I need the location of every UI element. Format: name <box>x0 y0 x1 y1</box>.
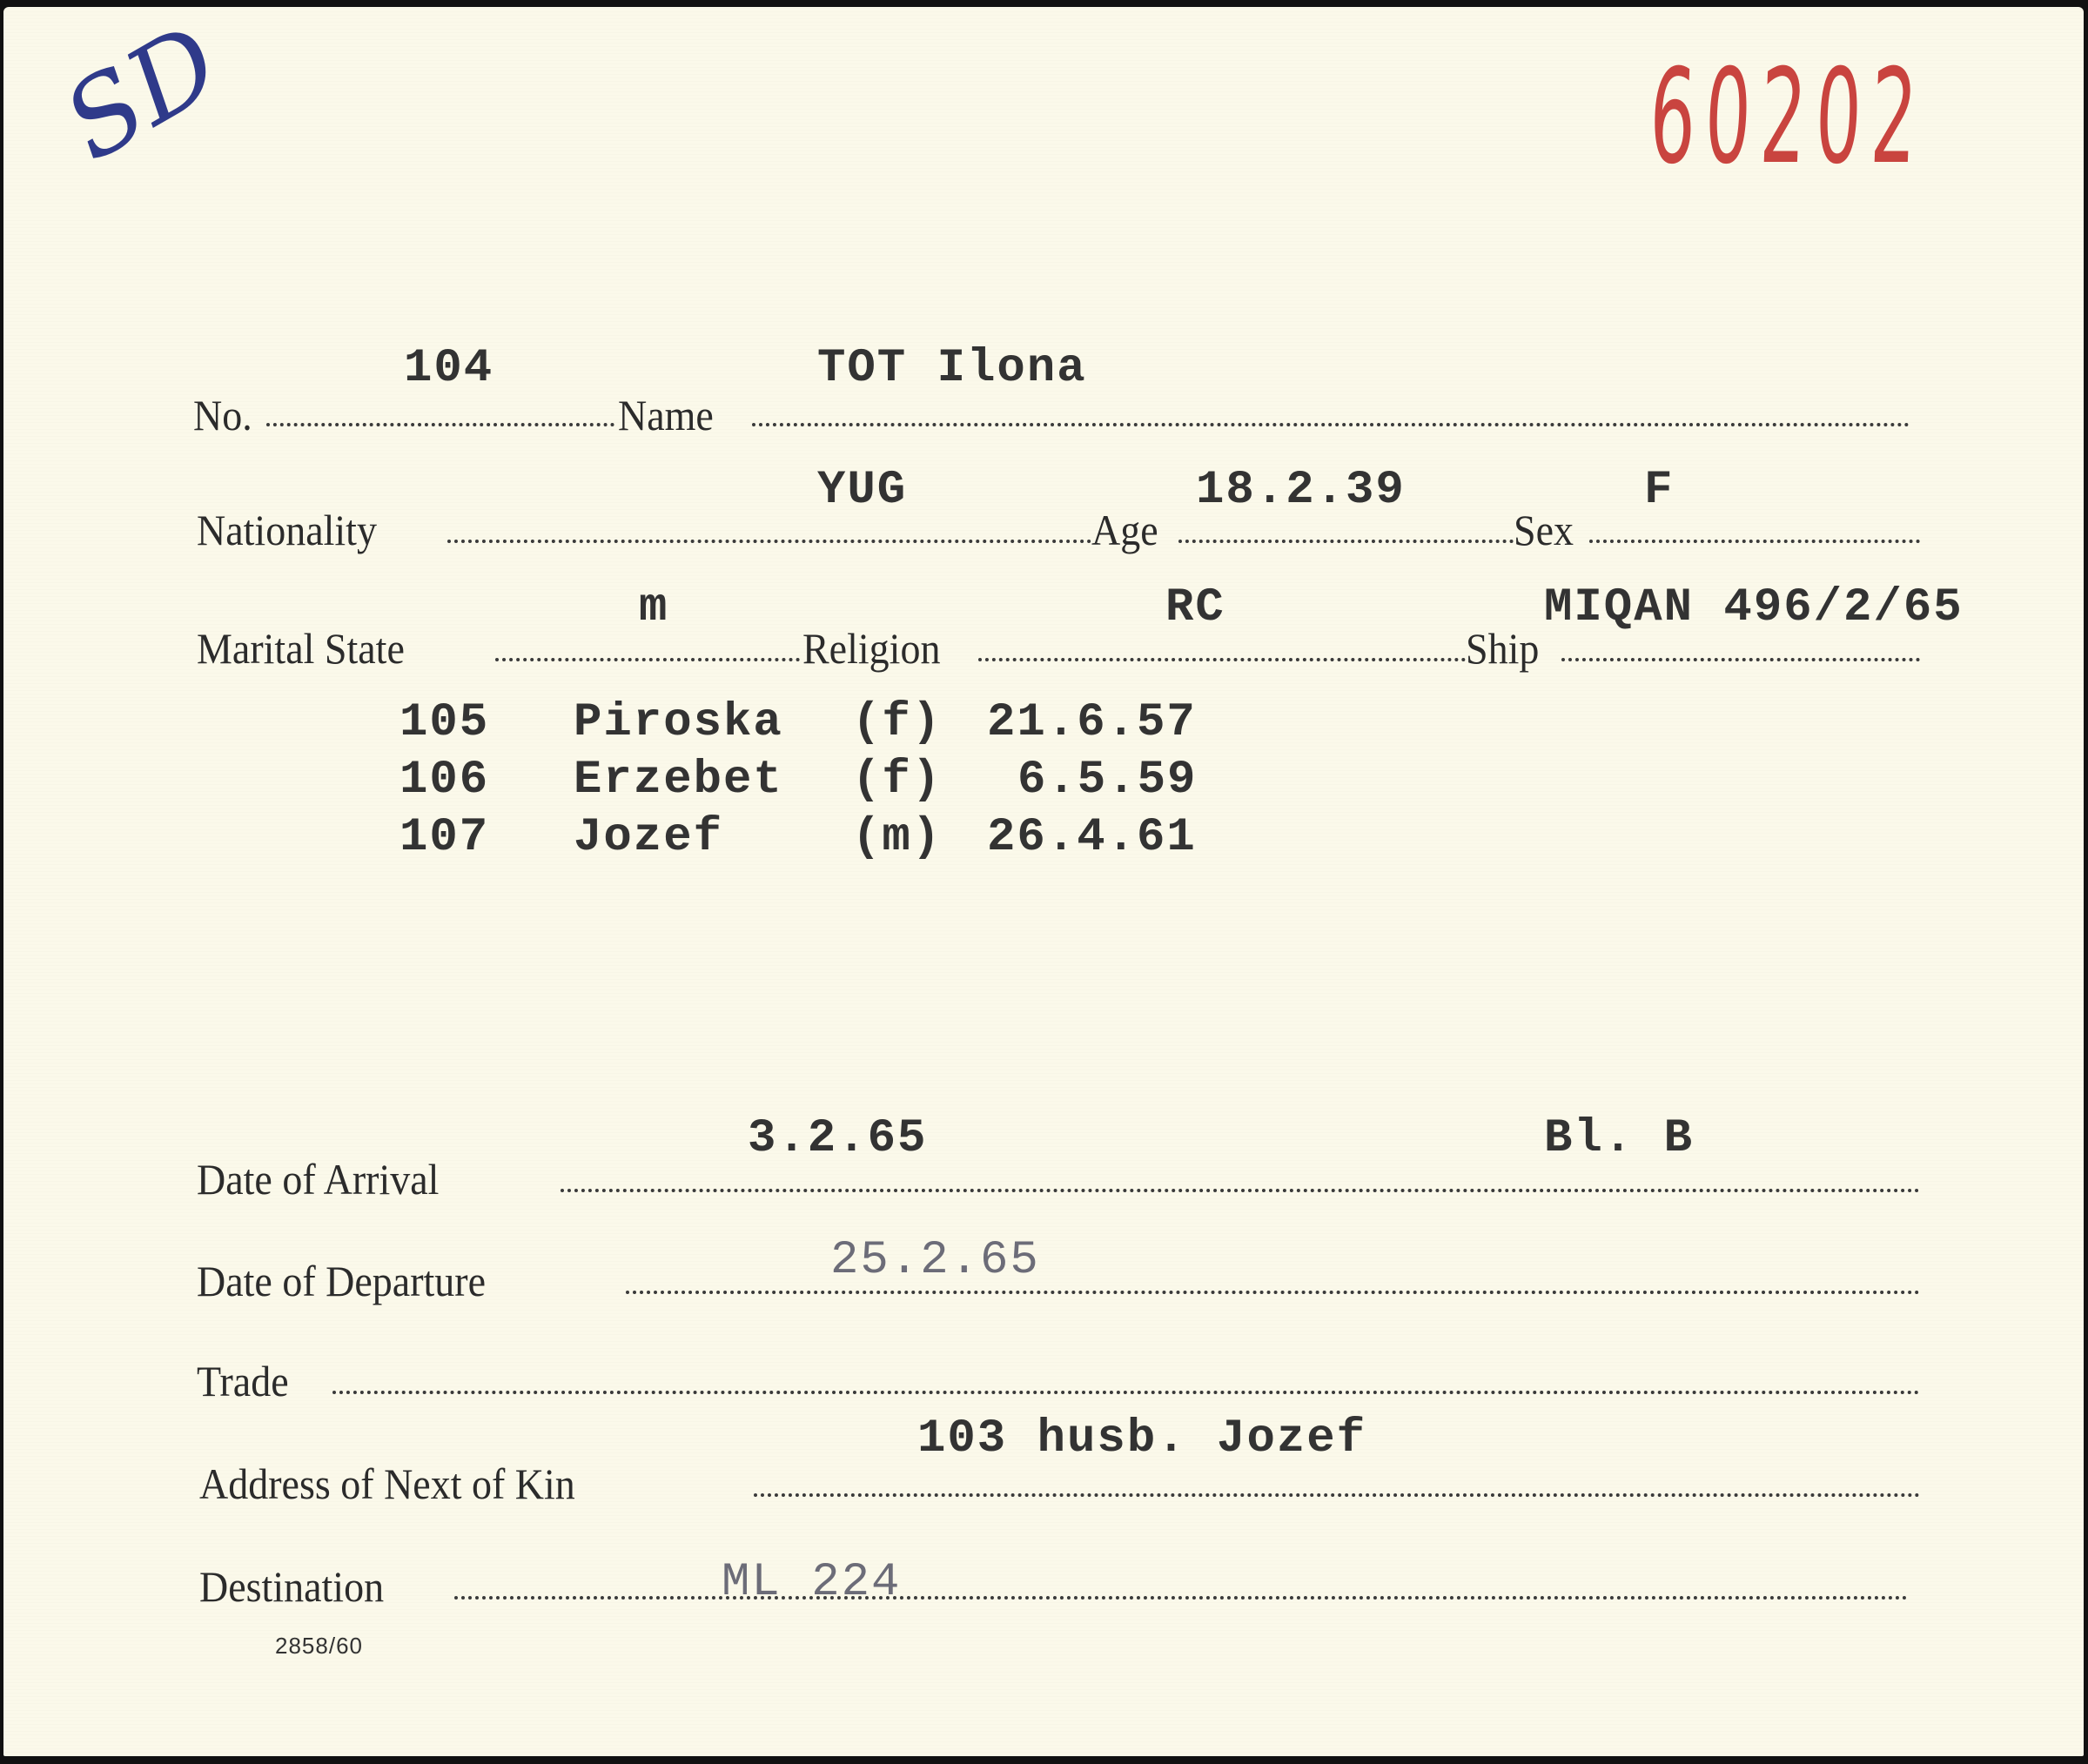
child-sex: (m) <box>852 811 942 864</box>
child-dob: 26.4.61 <box>987 811 1197 864</box>
trade-label: Trade <box>197 1356 289 1406</box>
date-of-arrival-line <box>561 1189 1920 1192</box>
next-of-kin-line <box>754 1493 1920 1497</box>
marital-state-value: m <box>639 581 668 634</box>
sex-line <box>1589 540 1920 543</box>
date-of-departure-line <box>626 1291 1920 1294</box>
religion-label: Religion <box>802 623 940 674</box>
sex-label: Sex <box>1514 505 1574 555</box>
child-name: Erzebet <box>574 754 783 807</box>
name-label: Name <box>618 390 714 440</box>
index-card: SD 60202 104 TOT Ilona No. Name YUG 18.2… <box>3 7 2084 1756</box>
child-dob: 21.6.57 <box>987 696 1197 749</box>
date-of-arrival-label: Date of Arrival <box>197 1154 439 1204</box>
nationality-value: YUG <box>817 464 907 517</box>
child-sex: (f) <box>852 696 942 749</box>
child-no: 106 <box>399 754 489 807</box>
ship-line <box>1561 658 1920 661</box>
initials-mark: SD <box>44 3 239 185</box>
child-name: Jozef <box>574 811 723 864</box>
child-sex: (f) <box>852 754 942 807</box>
child-dob: 6.5.59 <box>1017 754 1197 807</box>
next-of-kin-label: Address of Next of Kin <box>199 1459 575 1509</box>
destination-line <box>454 1596 1908 1600</box>
marital-state-label: Marital State <box>197 623 405 674</box>
no-label: No. <box>193 390 252 440</box>
handwritten-card-number: 60202 <box>1647 42 1929 193</box>
no-value: 104 <box>404 342 493 395</box>
next-of-kin-value: 103 husb. Jozef <box>917 1412 1366 1466</box>
religion-value: RC <box>1165 581 1225 634</box>
no-line <box>266 423 614 426</box>
nationality-line <box>447 540 1091 543</box>
date-of-departure-value: 25.2.65 <box>830 1234 1040 1287</box>
name-line <box>752 423 1910 426</box>
ship-label: Ship <box>1466 623 1539 674</box>
date-of-departure-label: Date of Departure <box>197 1256 486 1306</box>
child-no: 107 <box>399 811 489 864</box>
religion-line <box>978 658 1466 661</box>
date-of-arrival-value: 3.2.65 <box>748 1112 927 1165</box>
destination-value: ML 224 <box>722 1556 901 1609</box>
form-number: 2858/60 <box>275 1633 363 1660</box>
block-value: Bl. B <box>1544 1112 1694 1165</box>
trade-line <box>332 1391 1920 1394</box>
age-line <box>1178 540 1514 543</box>
age-value: 18.2.39 <box>1196 464 1406 517</box>
nationality-label: Nationality <box>197 505 377 555</box>
ship-value: MIQAN 496/2/65 <box>1544 581 1964 634</box>
sex-value: F <box>1644 464 1674 517</box>
child-no: 105 <box>399 696 489 749</box>
name-value: TOT Ilona <box>817 342 1087 395</box>
marital-state-line <box>495 658 800 661</box>
child-name: Piroska <box>574 696 783 749</box>
destination-label: Destination <box>199 1561 384 1612</box>
age-label: Age <box>1091 505 1158 555</box>
